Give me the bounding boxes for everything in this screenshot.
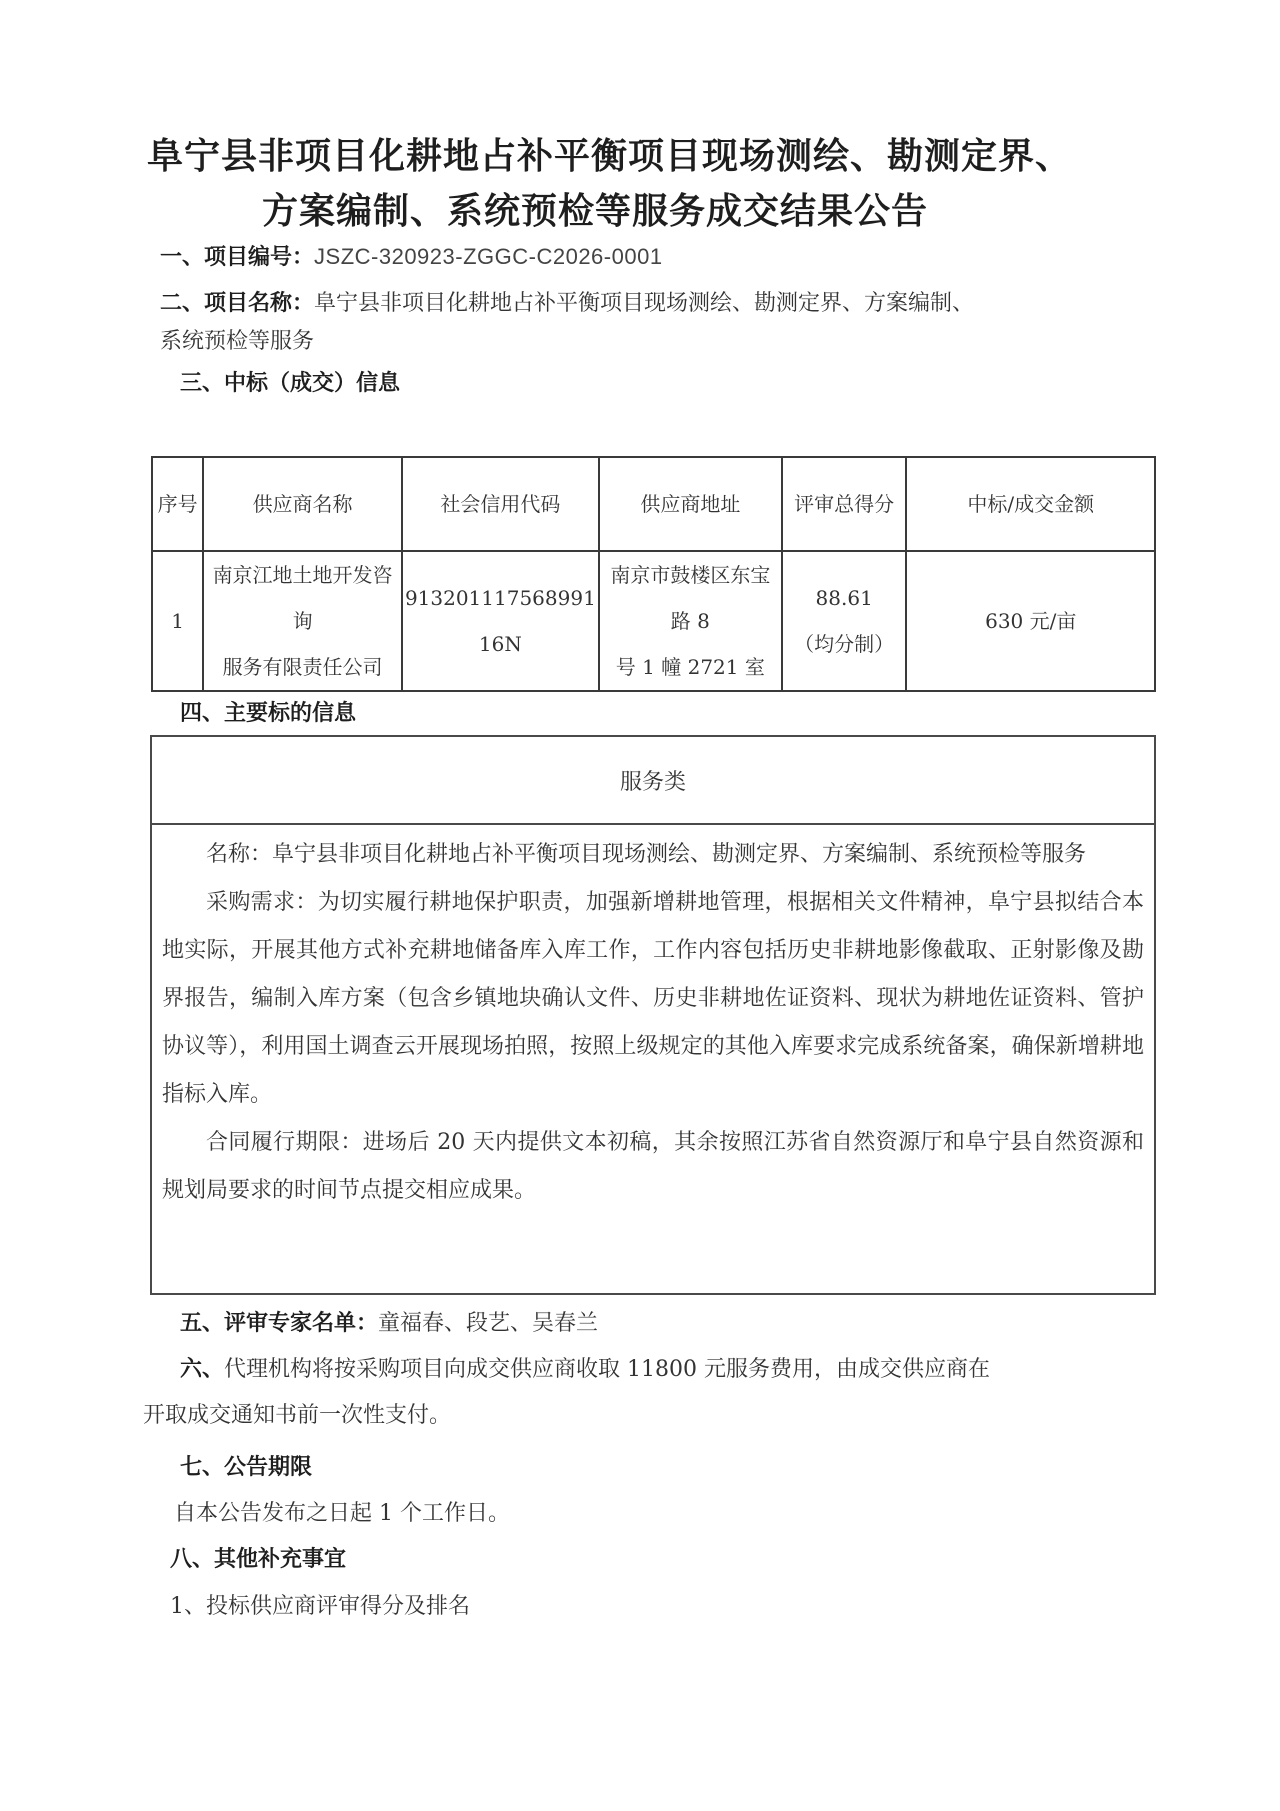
contract-period-paragraph: 合同履行期限：进场后 20 天内提供文本初稿，其余按照江苏省自然资源厅和阜宁县自… [162,1119,1144,1215]
header-supplier-address: 供应商地址 [599,457,782,551]
section-notice-period-heading: 七、公告期限 [180,1450,312,1481]
section-other-matters-heading: 八、其他补充事宜 [170,1542,346,1573]
header-supplier-name: 供应商名称 [203,457,402,551]
address-line-1: 南京市鼓楼区东宝路 8 [602,552,779,644]
subject-details: 名称：阜宁县非项目化耕地占补平衡项目现场测绘、勘测定界、方案编制、系统预检等服务… [152,825,1154,1215]
subject-category: 服务类 [152,737,1154,825]
section-label: 二、项目名称： [160,291,314,316]
experts-value: 童福春、段艺、吴春兰 [378,1311,598,1336]
other-matters-item-1: 1、投标供应商评审得分及排名 [170,1589,470,1620]
section-label: 五、评审专家名单： [180,1311,378,1336]
score-value: 88.61 [785,575,904,621]
cell-total-score: 88.61 （均分制） [782,551,907,691]
table-row: 1 南京江地土地开发咨询 服务有限责任公司 913201117568991 16… [152,551,1155,691]
cell-credit-code: 913201117568991 16N [402,551,599,691]
announcement-page: 阜宁县非项目化耕地占补平衡项目现场测绘、勘测定界、 方案编制、系统预检等服务成交… [0,0,1280,1811]
agency-fee-text-continued: 开取成交通知书前一次性支付。 [143,1398,451,1429]
title-line-2: 方案编制、系统预检等服务成交结果公告 [262,183,928,234]
section-main-subject-heading: 四、主要标的信息 [180,696,356,727]
subject-name-paragraph: 名称：阜宁县非项目化耕地占补平衡项目现场测绘、勘测定界、方案编制、系统预检等服务 [162,831,1144,879]
project-name-value: 阜宁县非项目化耕地占补平衡项目现场测绘、勘测定界、方案编制、 [314,291,974,316]
section-label: 一、项目编号： [160,245,314,270]
agency-fee-text: 代理机构将按采购项目向成交供应商收取 11800 元服务费用，由成交供应商在 [224,1357,990,1382]
project-number-value: JSZC-320923-ZGGC-C2026-0001 [314,244,663,269]
notice-period-text: 自本公告发布之日起 1 个工作日。 [174,1496,510,1527]
cell-award-amount: 630 元/亩 [906,551,1155,691]
header-award-amount: 中标/成交金额 [906,457,1155,551]
header-credit-code: 社会信用代码 [402,457,599,551]
section-label: 六、 [180,1357,224,1382]
project-name-continued: 系统预检等服务 [160,324,314,355]
cell-supplier-address: 南京市鼓楼区东宝路 8 号 1 幢 2721 室 [599,551,782,691]
procurement-demand-paragraph: 采购需求：为切实履行耕地保护职责，加强新增耕地管理，根据相关文件精神，阜宁县拟结… [162,879,1144,1119]
section-award-heading: 三、中标（成交）信息 [180,366,400,397]
title-line-1: 阜宁县非项目化耕地占补平衡项目现场测绘、勘测定界、 [147,128,1072,179]
section-agency-fee: 六、代理机构将按采购项目向成交供应商收取 11800 元服务费用，由成交供应商在 [180,1352,990,1383]
supplier-name-line-1: 南京江地土地开发咨询 [206,552,399,644]
credit-code-line-1: 913201117568991 [405,575,596,621]
award-table: 序号 供应商名称 社会信用代码 供应商地址 评审总得分 中标/成交金额 1 南京… [151,456,1156,692]
table-header-row: 序号 供应商名称 社会信用代码 供应商地址 评审总得分 中标/成交金额 [152,457,1155,551]
address-line-2: 号 1 幢 2721 室 [602,644,779,690]
cell-supplier-name: 南京江地土地开发咨询 服务有限责任公司 [203,551,402,691]
section-project-number: 一、项目编号：JSZC-320923-ZGGC-C2026-0001 [160,240,663,271]
credit-code-line-2: 16N [405,621,596,667]
section-experts: 五、评审专家名单：童福春、段艺、吴春兰 [180,1306,598,1337]
supplier-name-line-2: 服务有限责任公司 [206,644,399,690]
header-index: 序号 [152,457,203,551]
header-total-score: 评审总得分 [782,457,907,551]
cell-index: 1 [152,551,203,691]
section-project-name: 二、项目名称：阜宁县非项目化耕地占补平衡项目现场测绘、勘测定界、方案编制、 [160,286,974,317]
score-method: （均分制） [785,621,904,667]
main-subject-box: 服务类 名称：阜宁县非项目化耕地占补平衡项目现场测绘、勘测定界、方案编制、系统预… [150,735,1156,1295]
